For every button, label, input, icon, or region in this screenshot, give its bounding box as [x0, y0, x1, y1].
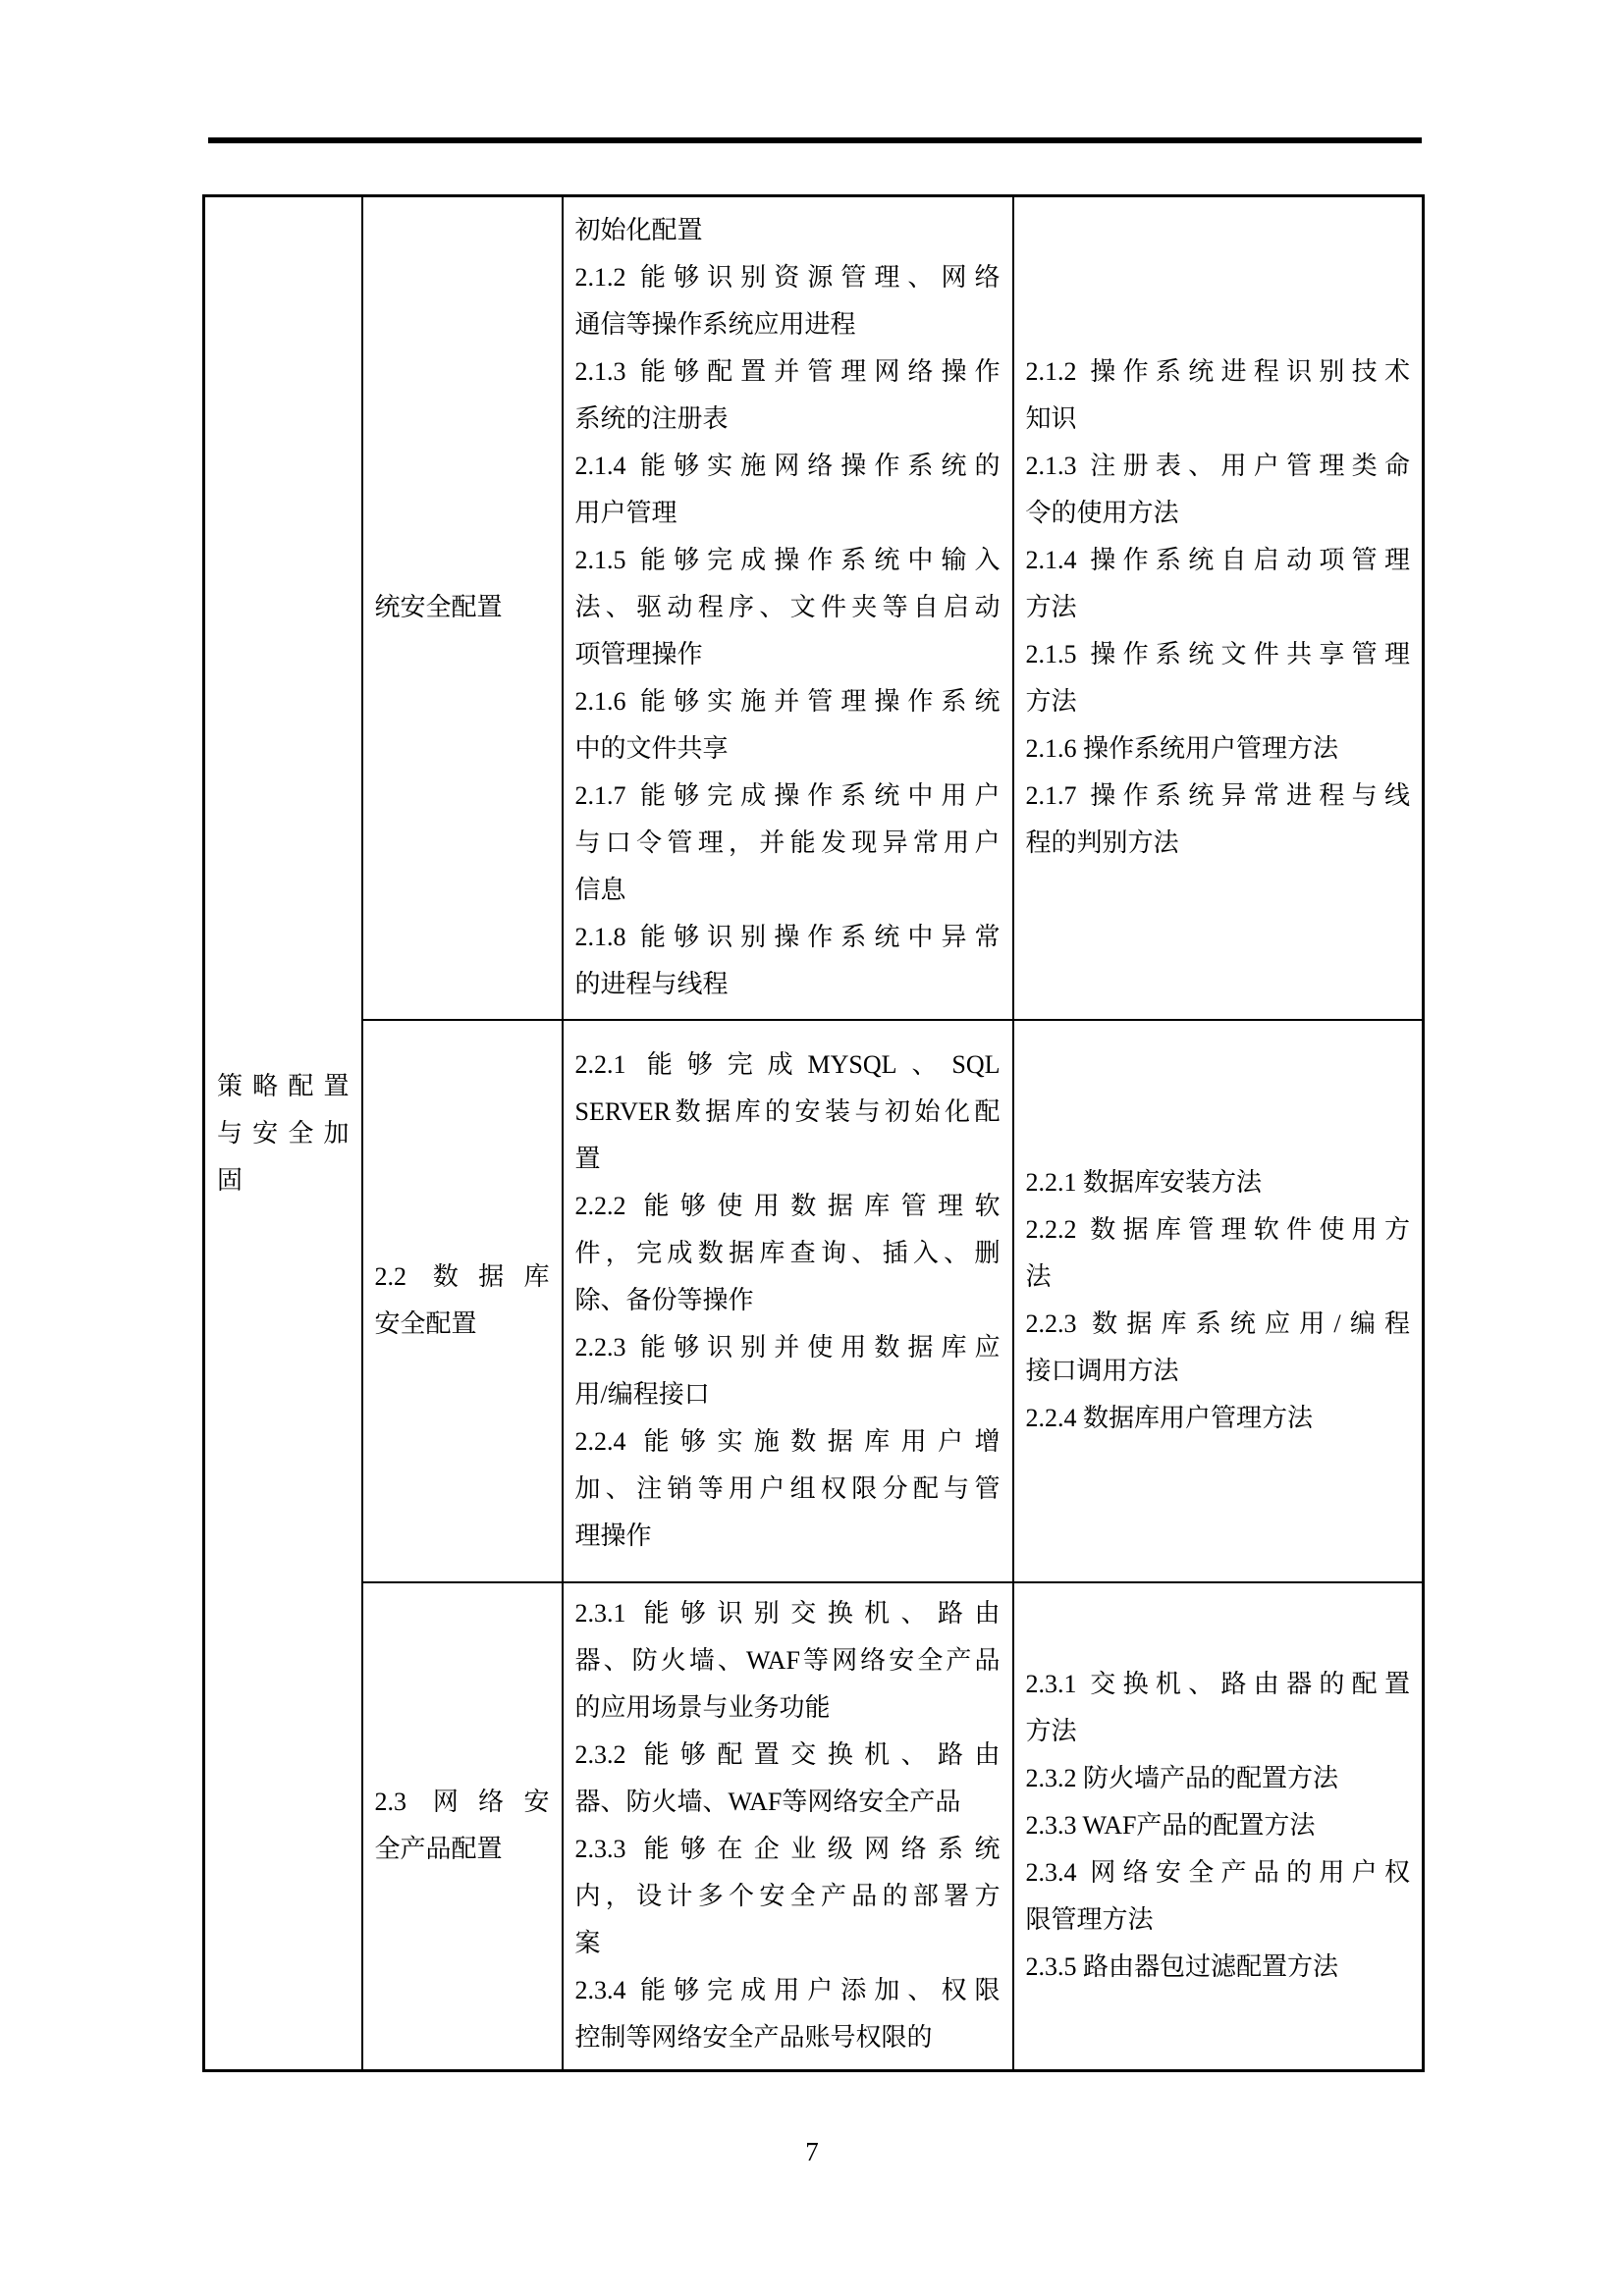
- text-line: 2.1.7 操作系统异常进程与线: [1026, 773, 1411, 820]
- text-line: 2.2.3 数据库系统应用/编程: [1026, 1301, 1411, 1348]
- curriculum-table: 策略配置与安全加固 统安全配置 初始化配置2.1.2 能够识别资源管理、网络通信…: [202, 194, 1425, 2072]
- text-line: 件，完成数据库查询、插入、删: [575, 1230, 1001, 1277]
- text-line: 2.2.1 数据库安装方法: [1026, 1159, 1411, 1206]
- text-line: 2.2.4 数据库用户管理方法: [1026, 1395, 1411, 1442]
- text-line: 置: [575, 1136, 1001, 1183]
- knowledge-text-row3: 2.3.1 交换机、路由器的配置方法2.3.2 防火墙产品的配置方法2.3.3 …: [1026, 1661, 1411, 1991]
- text-line: 安全配置: [375, 1301, 550, 1348]
- text-line: 2.3.4 能够完成用户添加、权限: [575, 1967, 1001, 2014]
- text-line: 系统的注册表: [575, 396, 1001, 443]
- text-line: 用/编程接口: [575, 1371, 1001, 1418]
- text-line: 用户管理: [575, 490, 1001, 537]
- category-text: 策略配置与安全加固: [217, 1063, 350, 1204]
- document-page: 策略配置与安全加固 统安全配置 初始化配置2.1.2 能够识别资源管理、网络通信…: [0, 0, 1624, 2296]
- skills-text-row1: 初始化配置2.1.2 能够识别资源管理、网络通信等操作系统应用进程2.1.3 能…: [575, 207, 1001, 1008]
- text-line: 2.2.2 能够使用数据库管理软: [575, 1183, 1001, 1230]
- knowledge-text-row2: 2.2.1 数据库安装方法2.2.2 数据库管理软件使用方法2.2.3 数据库系…: [1026, 1159, 1411, 1442]
- text-line: 2.3.2 能够配置交换机、路由: [575, 1732, 1001, 1779]
- knowledge-cell-row1: 2.1.2 操作系统进程识别技术知识2.1.3 注册表、用户管理类命令的使用方法…: [1013, 196, 1424, 1020]
- text-line: 方法: [1026, 678, 1411, 725]
- text-line: 程的判别方法: [1026, 820, 1411, 867]
- text-line: 方法: [1026, 1708, 1411, 1755]
- text-line: 2.1.4 操作系统自启动项管理: [1026, 537, 1411, 584]
- text-line: 2.3.5 路由器包过滤配置方法: [1026, 1944, 1411, 1991]
- text-line: 2.3.1 交换机、路由器的配置: [1026, 1661, 1411, 1708]
- text-line: 2.1.2 操作系统进程识别技术: [1026, 348, 1411, 396]
- text-line: 理操作: [575, 1513, 1001, 1560]
- skills-cell-row2: 2.2.1 能够完成MYSQL、SQLSERVER数据库的安装与初始化配置2.2…: [563, 1020, 1013, 1582]
- text-line: 与口令管理，并能发现异常用户: [575, 820, 1001, 867]
- text-line: 加、注销等用户组权限分配与管: [575, 1466, 1001, 1513]
- text-line: 策略配置: [217, 1063, 350, 1110]
- text-line: 法: [1026, 1254, 1411, 1301]
- text-line: 全产品配置: [375, 1826, 550, 1873]
- text-line: 令的使用方法: [1026, 490, 1411, 537]
- text-line: 2.2.4 能够实施数据库用户增: [575, 1418, 1001, 1466]
- text-line: 统安全配置: [375, 584, 550, 631]
- text-line: 与安全加: [217, 1110, 350, 1157]
- text-line: 控制等网络安全产品账号权限的: [575, 2014, 1001, 2061]
- text-line: 2.3.3 能够在企业级网络系统: [575, 1826, 1001, 1873]
- section-text-row2: 2.2 数据库安全配置: [375, 1254, 550, 1348]
- text-line: 中的文件共享: [575, 725, 1001, 773]
- text-line: 限管理方法: [1026, 1896, 1411, 1944]
- text-line: 2.2.2 数据库管理软件使用方: [1026, 1206, 1411, 1254]
- text-line: 2.3.3 WAF产品的配置方法: [1026, 1802, 1411, 1849]
- section-cell-row1: 统安全配置: [362, 196, 563, 1020]
- page-number: 7: [0, 2128, 1624, 2175]
- text-line: 2.3 网络安: [375, 1779, 550, 1826]
- text-line: 2.1.5 能够完成操作系统中输入: [575, 537, 1001, 584]
- text-line: 案: [575, 1920, 1001, 1967]
- text-line: 知识: [1026, 396, 1411, 443]
- section-text-row3: 2.3 网络安全产品配置: [375, 1779, 550, 1873]
- text-line: 器、防火墙、WAF等网络安全产品: [575, 1637, 1001, 1684]
- text-line: 2.2.3 能够识别并使用数据库应: [575, 1324, 1001, 1371]
- text-line: 器、防火墙、WAF等网络安全产品: [575, 1779, 1001, 1826]
- text-line: 2.1.5 操作系统文件共享管理: [1026, 631, 1411, 678]
- text-line: 接口调用方法: [1026, 1348, 1411, 1395]
- text-line: 的应用场景与业务功能: [575, 1684, 1001, 1732]
- header-rule: [208, 137, 1422, 143]
- text-line: 的进程与线程: [575, 961, 1001, 1008]
- text-line: 信息: [575, 867, 1001, 914]
- knowledge-cell-row2: 2.2.1 数据库安装方法2.2.2 数据库管理软件使用方法2.2.3 数据库系…: [1013, 1020, 1424, 1582]
- text-line: 2.1.6 操作系统用户管理方法: [1026, 725, 1411, 773]
- text-line: 2.3.2 防火墙产品的配置方法: [1026, 1755, 1411, 1802]
- text-line: 2.2 数据库: [375, 1254, 550, 1301]
- knowledge-text-row1: 2.1.2 操作系统进程识别技术知识2.1.3 注册表、用户管理类命令的使用方法…: [1026, 348, 1411, 867]
- text-line: 2.1.3 注册表、用户管理类命: [1026, 443, 1411, 490]
- text-line: 固: [217, 1157, 350, 1204]
- category-cell: 策略配置与安全加固: [204, 196, 362, 2071]
- text-line: 2.1.6 能够实施并管理操作系统: [575, 678, 1001, 725]
- section-cell-row2: 2.2 数据库安全配置: [362, 1020, 563, 1582]
- text-line: 2.1.4 能够实施网络操作系统的: [575, 443, 1001, 490]
- text-line: 通信等操作系统应用进程: [575, 301, 1001, 348]
- text-line: 2.1.2 能够识别资源管理、网络: [575, 254, 1001, 301]
- skills-text-row3: 2.3.1 能够识别交换机、路由器、防火墙、WAF等网络安全产品的应用场景与业务…: [575, 1590, 1001, 2061]
- text-line: 方法: [1026, 584, 1411, 631]
- text-line: 2.3.4 网络安全产品的用户权: [1026, 1849, 1411, 1896]
- text-line: 内，设计多个安全产品的部署方: [575, 1873, 1001, 1920]
- text-line: 除、备份等操作: [575, 1277, 1001, 1324]
- text-line: SERVER数据库的安装与初始化配: [575, 1089, 1001, 1136]
- text-line: 2.1.7 能够完成操作系统中用户: [575, 773, 1001, 820]
- text-line: 初始化配置: [575, 207, 1001, 254]
- text-line: 2.1.3 能够配置并管理网络操作: [575, 348, 1001, 396]
- text-line: 2.2.1 能够完成MYSQL、SQL: [575, 1041, 1001, 1089]
- skills-text-row2: 2.2.1 能够完成MYSQL、SQLSERVER数据库的安装与初始化配置2.2…: [575, 1041, 1001, 1560]
- section-cell-row3: 2.3 网络安全产品配置: [362, 1582, 563, 2071]
- text-line: 法、驱动程序、文件夹等自启动: [575, 584, 1001, 631]
- skills-cell-row1: 初始化配置2.1.2 能够识别资源管理、网络通信等操作系统应用进程2.1.3 能…: [563, 196, 1013, 1020]
- skills-cell-row3: 2.3.1 能够识别交换机、路由器、防火墙、WAF等网络安全产品的应用场景与业务…: [563, 1582, 1013, 2071]
- knowledge-cell-row3: 2.3.1 交换机、路由器的配置方法2.3.2 防火墙产品的配置方法2.3.3 …: [1013, 1582, 1424, 2071]
- text-line: 2.1.8 能够识别操作系统中异常: [575, 914, 1001, 961]
- section-text-row1: 统安全配置: [375, 584, 550, 631]
- text-line: 项管理操作: [575, 631, 1001, 678]
- text-line: 2.3.1 能够识别交换机、路由: [575, 1590, 1001, 1637]
